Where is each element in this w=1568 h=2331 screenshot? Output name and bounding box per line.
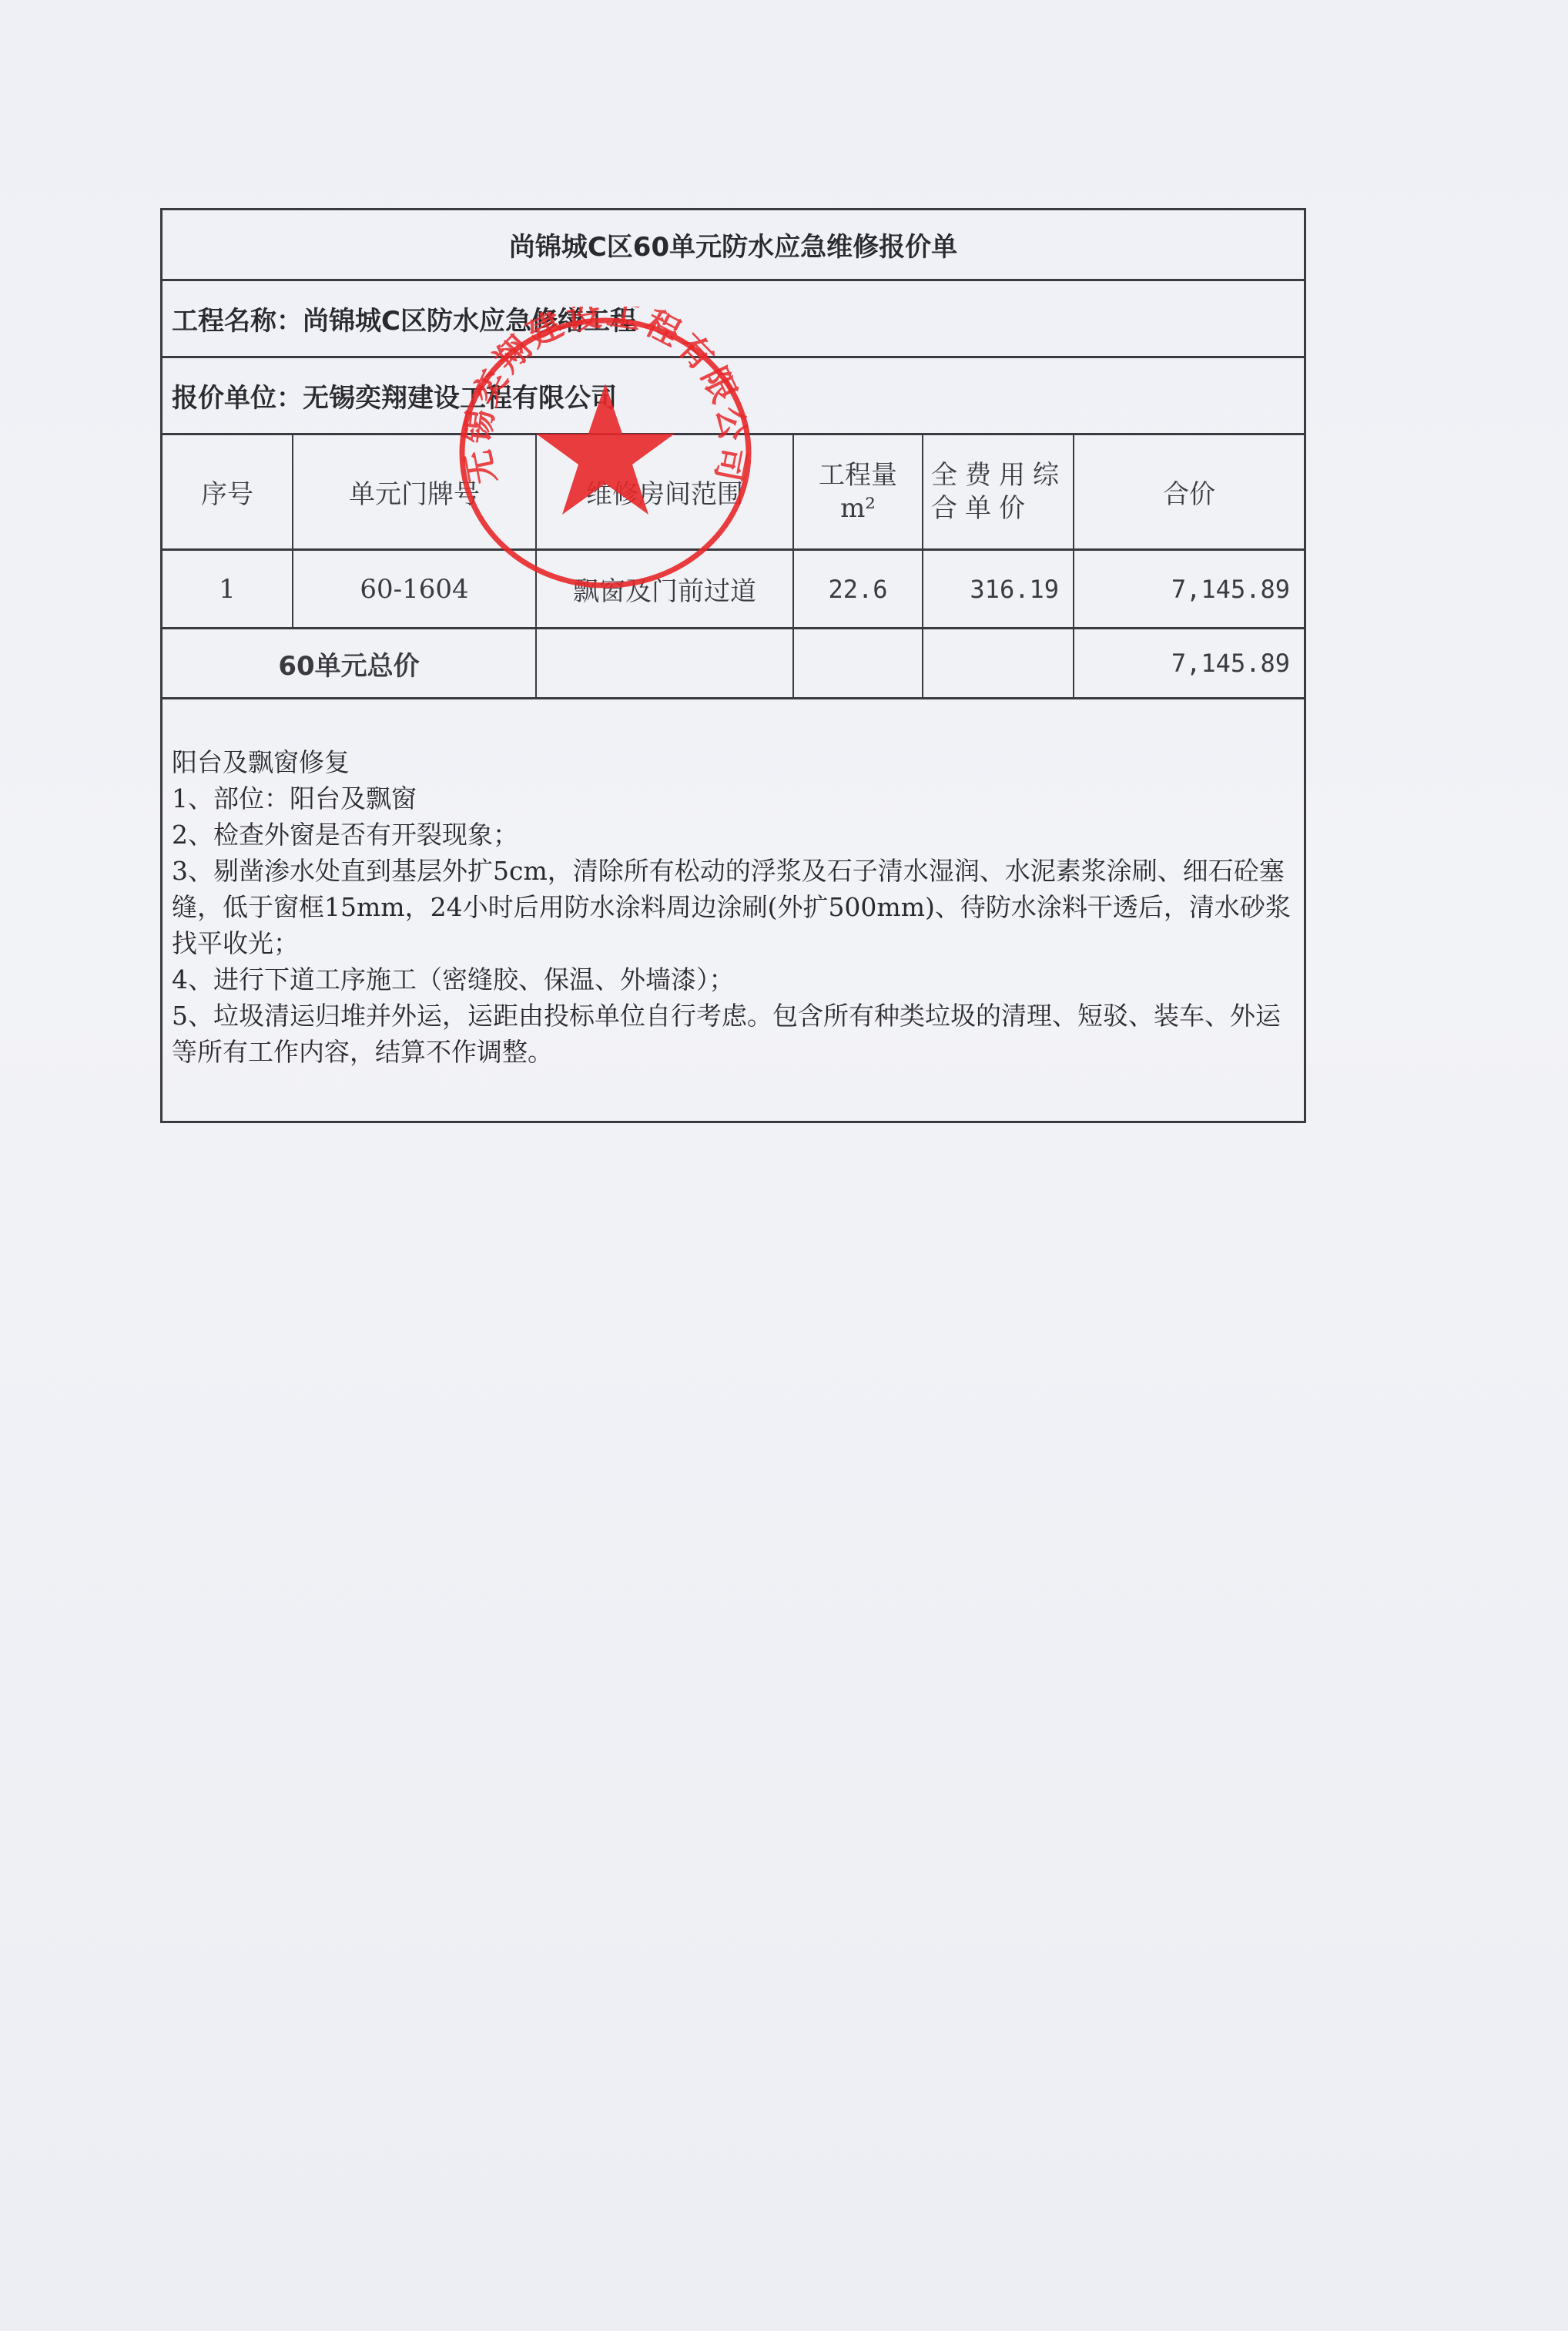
header-total: 合价 [1074,435,1304,548]
summary-row: 60单元总价 7,145.89 [162,629,1304,697]
row-index: 1 [162,551,293,627]
row-repair-scope: 飘窗及门前过道 [537,551,794,627]
note-item: 1、部位：阳台及飘窗 [172,780,1304,817]
table-header: 序号 单元门牌号 维修房间范围 工程量 m² 全费用综 合单价 合价 [162,435,1304,551]
note-item: 3、剔凿渗水处直到基层外扩5cm，清除所有松动的浮浆及石子清水湿润、水泥素浆涂刷… [172,853,1304,961]
quotation-sheet: 尚锦城C区60单元防水应急维修报价单 工程名称： 尚锦城C区防水应急修缮工程 报… [160,208,1306,1123]
quoter-name: 无锡奕翔建设工程有限公司 [303,377,617,414]
header-quantity-label: 工程量 [819,459,897,492]
project-name-row: 工程名称： 尚锦城C区防水应急修缮工程 [162,281,1304,358]
summary-empty-quantity [794,629,923,697]
table-row: 1 60-1604 飘窗及门前过道 22.6 316.19 7,145.89 [162,551,1304,629]
header-quantity: 工程量 m² [794,435,923,548]
summary-total: 7,145.89 [1074,629,1304,697]
row-total: 7,145.89 [1074,551,1304,627]
notes-section: 阳台及飘窗修复 1、部位：阳台及飘窗 2、检查外窗是否有开裂现象； 3、剔凿渗水… [162,697,1304,1121]
header-quantity-unit: m² [840,492,876,525]
project-label: 工程名称： [172,300,303,337]
note-item: 5、垃圾清运归堆并外运，运距由投标单位自行考虑。包含所有种类垃圾的清理、短驳、装… [172,998,1304,1070]
document-title: 尚锦城C区60单元防水应急维修报价单 [162,210,1304,281]
summary-label: 60单元总价 [162,629,537,697]
summary-empty-price [923,629,1074,697]
header-unit-price-line1: 全费用综 [931,459,1067,492]
header-unit-price: 全费用综 合单价 [923,435,1074,548]
note-item: 2、检查外窗是否有开裂现象； [172,817,1304,853]
header-repair-scope: 维修房间范围 [537,435,794,548]
notes-heading: 阳台及飘窗修复 [172,744,1304,780]
quoter-row: 报价单位： 无锡奕翔建设工程有限公司 [162,358,1304,435]
row-unit-price: 316.19 [923,551,1074,627]
header-index: 序号 [162,435,293,548]
header-unit-price-line2: 合单价 [931,492,1033,525]
row-quantity: 22.6 [794,551,923,627]
row-unit-door: 60-1604 [293,551,537,627]
header-unit-door: 单元门牌号 [293,435,537,548]
summary-empty-scope [537,629,794,697]
quoter-label: 报价单位： [172,377,303,414]
project-name: 尚锦城C区防水应急修缮工程 [303,300,636,337]
note-item: 4、进行下道工序施工（密缝胶、保温、外墙漆）； [172,961,1304,998]
